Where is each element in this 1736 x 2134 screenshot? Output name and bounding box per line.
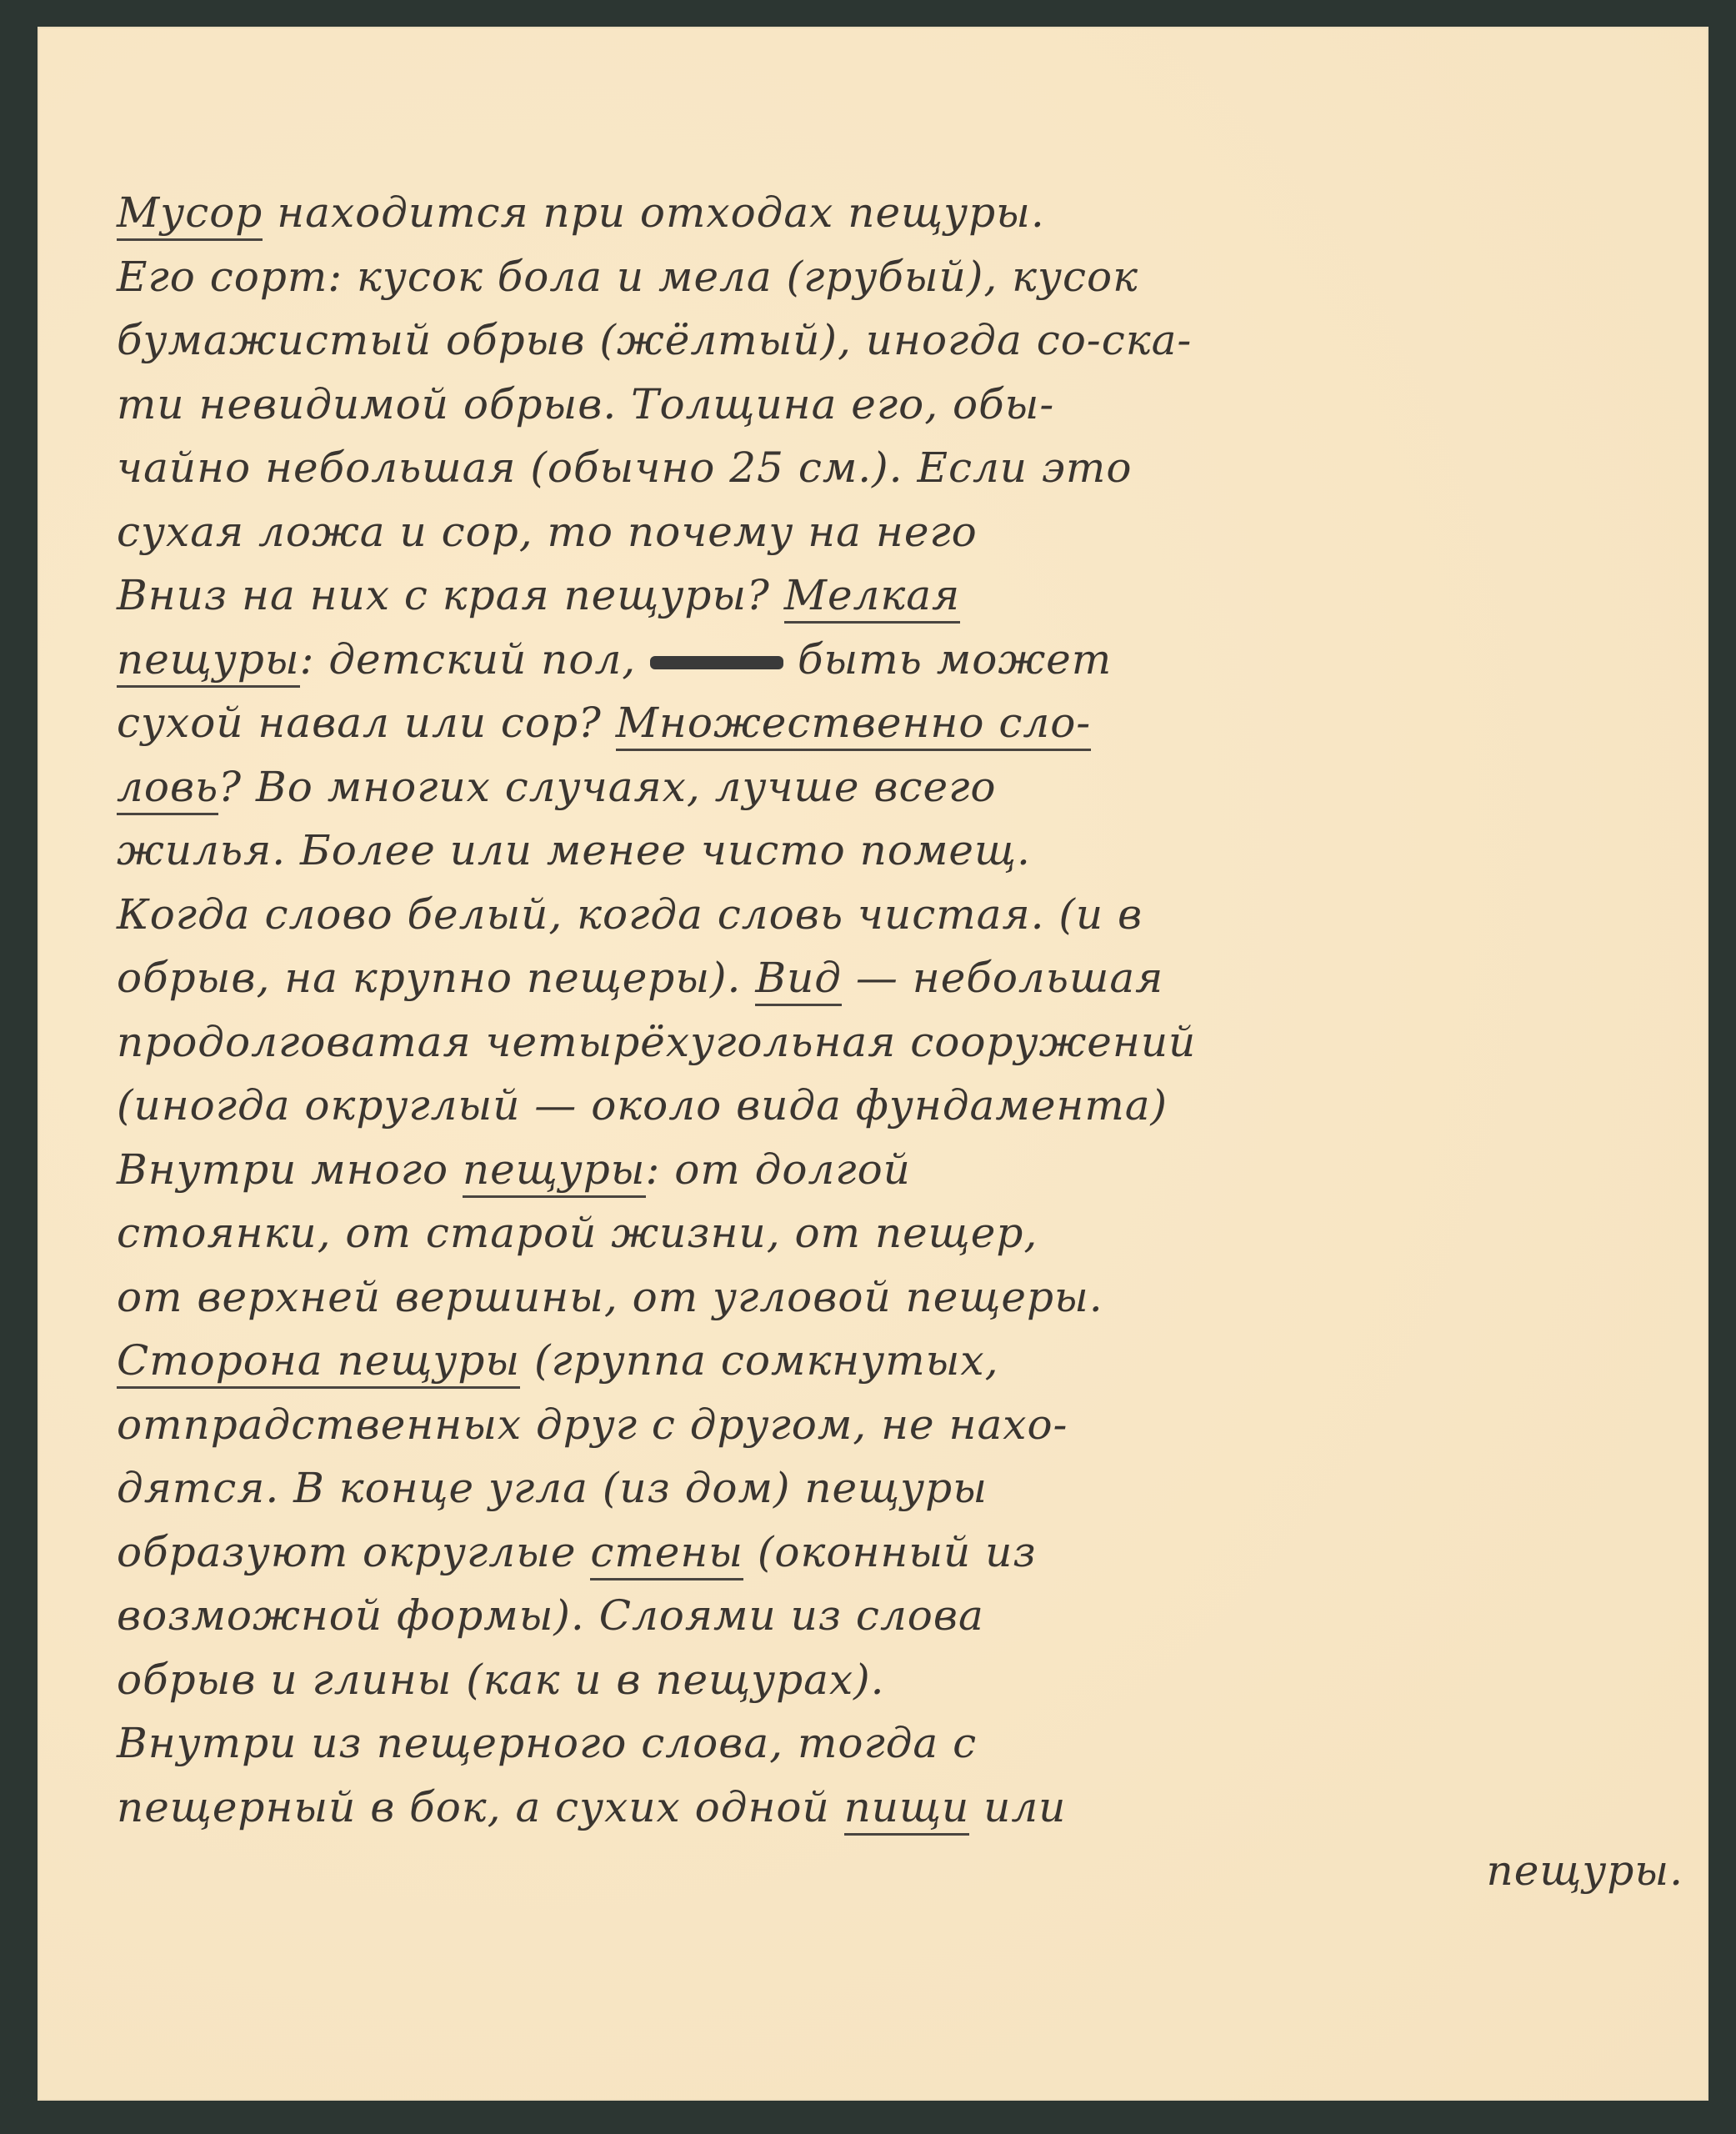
- text-fragment: Его сорт: кусок бола и мела (грубый), ку…: [117, 253, 1138, 301]
- manuscript-line: Вниз на них с края пещуры? Мелкая: [117, 564, 1683, 628]
- manuscript-line: обрыв, на крупно пещеры). Вид — небольша…: [117, 946, 1683, 1010]
- manuscript-line: образуют округлые стены (оконный из: [117, 1520, 1683, 1585]
- text-fragment: пещуры.: [1487, 1846, 1683, 1895]
- text-fragment: Внутри много: [117, 1145, 463, 1194]
- manuscript-line: Его сорт: кусок бола и мела (грубый), ку…: [117, 245, 1683, 309]
- underlined-word: Вид: [755, 954, 842, 1006]
- text-fragment: чайно небольшая (обычно 25 см.). Если эт…: [117, 443, 1132, 492]
- text-fragment: (группа сомкнутых,: [520, 1336, 998, 1385]
- text-fragment: Когда слово белый, когда словь чистая. (…: [117, 890, 1143, 939]
- manuscript-line: возможной формы). Слоями из слова: [117, 1584, 1683, 1648]
- text-fragment: от верхней вершины, от угловой пещеры.: [117, 1273, 1103, 1321]
- text-fragment: : от долгой: [646, 1145, 911, 1194]
- underlined-word: Мусор: [117, 188, 263, 241]
- manuscript-line: бумажистый обрыв (жёлтый), иногда со-ска…: [117, 308, 1683, 373]
- manuscript-line: пещуры: детский пол, быть может: [117, 628, 1683, 692]
- handwritten-text-block: Мусор находится при отходах пещуры.Его с…: [117, 181, 1683, 1903]
- text-fragment: или: [969, 1783, 1066, 1831]
- manuscript-line: пещерный в бок, а сухих одной пищи или: [117, 1776, 1683, 1840]
- manuscript-line: Сторона пещуры (группа сомкнутых,: [117, 1329, 1683, 1393]
- underlined-word: пещуры: [463, 1145, 646, 1198]
- text-fragment: возможной формы). Слоями из слова: [117, 1591, 984, 1640]
- manuscript-line: стоянки, от старой жизни, от пещер,: [117, 1201, 1683, 1265]
- text-fragment: дятся. В конце угла (из дом) пещуры: [117, 1464, 988, 1512]
- manuscript-line: жилья. Более или менее чисто помещ.: [117, 819, 1683, 883]
- text-fragment: обрыв, на крупно пещеры).: [117, 954, 755, 1002]
- manuscript-line: дятся. В конце угла (из дом) пещуры: [117, 1456, 1683, 1520]
- text-fragment: быть может: [783, 635, 1112, 684]
- text-fragment: — небольшая: [842, 954, 1163, 1002]
- text-fragment: пещерный в бок, а сухих одной: [117, 1783, 844, 1831]
- text-fragment: сухая ложа и сор, то почему на него: [117, 508, 978, 556]
- text-fragment: продолговатая четырёхугольная сооружений: [117, 1018, 1196, 1066]
- manuscript-line: Внутри много пещуры: от долгой: [117, 1138, 1683, 1202]
- manuscript-line: сухая ложа и сор, то почему на него: [117, 500, 1683, 564]
- manuscript-line: ти невидимой обрыв. Толщина его, обы-: [117, 373, 1683, 437]
- text-fragment: образуют округлые: [117, 1528, 590, 1576]
- manuscript-line: Когда слово белый, когда словь чистая. (…: [117, 883, 1683, 947]
- manuscript-line: от верхней вершины, от угловой пещеры.: [117, 1265, 1683, 1330]
- underlined-word: ловь: [117, 763, 218, 815]
- text-fragment: : детский пол,: [300, 635, 651, 684]
- manuscript-line: чайно небольшая (обычно 25 см.). Если эт…: [117, 436, 1683, 500]
- text-fragment: ти невидимой обрыв. Толщина его, обы-: [117, 380, 1054, 428]
- underlined-word: пищи: [844, 1783, 970, 1836]
- text-fragment: жилья. Более или менее чисто помещ.: [117, 826, 1031, 874]
- manuscript-page: Мусор находится при отходах пещуры.Его с…: [38, 27, 1708, 2101]
- manuscript-line: сухой навал или сор? Множественно сло-: [117, 691, 1683, 755]
- manuscript-line: ловь? Во многих случаях, лучше всего: [117, 755, 1683, 819]
- underlined-word: Сторона пещуры: [117, 1336, 520, 1389]
- underlined-word: Мелкая: [784, 571, 960, 624]
- text-fragment: отпрадственных друг с другом, не нахо-: [117, 1400, 1068, 1449]
- manuscript-line: обрыв и глины (как и в пещурах).: [117, 1648, 1683, 1712]
- manuscript-line: Внутри из пещерного слова, тогда с: [117, 1711, 1683, 1776]
- underlined-word: пещуры: [117, 635, 300, 688]
- struck-out-word: [650, 656, 783, 669]
- text-fragment: находится при отходах пещуры.: [263, 188, 1044, 237]
- manuscript-line: продолговатая четырёхугольная сооружений: [117, 1010, 1683, 1075]
- underlined-word: стены: [590, 1528, 743, 1580]
- text-fragment: обрыв и глины (как и в пещурах).: [117, 1656, 885, 1704]
- text-fragment: сухой навал или сор?: [117, 699, 616, 747]
- underlined-word: Множественно сло-: [616, 699, 1091, 751]
- text-fragment: ? Во многих случаях, лучше всего: [218, 763, 996, 811]
- text-fragment: (оконный из: [743, 1528, 1037, 1576]
- text-fragment: стоянки, от старой жизни, от пещер,: [117, 1209, 1038, 1257]
- manuscript-line: пещуры.: [117, 1839, 1683, 1903]
- manuscript-line: Мусор находится при отходах пещуры.: [117, 181, 1683, 245]
- text-fragment: Внутри из пещерного слова, тогда с: [117, 1719, 977, 1767]
- text-fragment: (иногда округлый — около вида фундамента…: [117, 1081, 1168, 1130]
- manuscript-line: (иногда округлый — около вида фундамента…: [117, 1074, 1683, 1138]
- text-fragment: бумажистый обрыв (жёлтый), иногда со-ска…: [117, 316, 1192, 364]
- text-fragment: Вниз на них с края пещуры?: [117, 571, 784, 619]
- manuscript-line: отпрадственных друг с другом, не нахо-: [117, 1393, 1683, 1457]
